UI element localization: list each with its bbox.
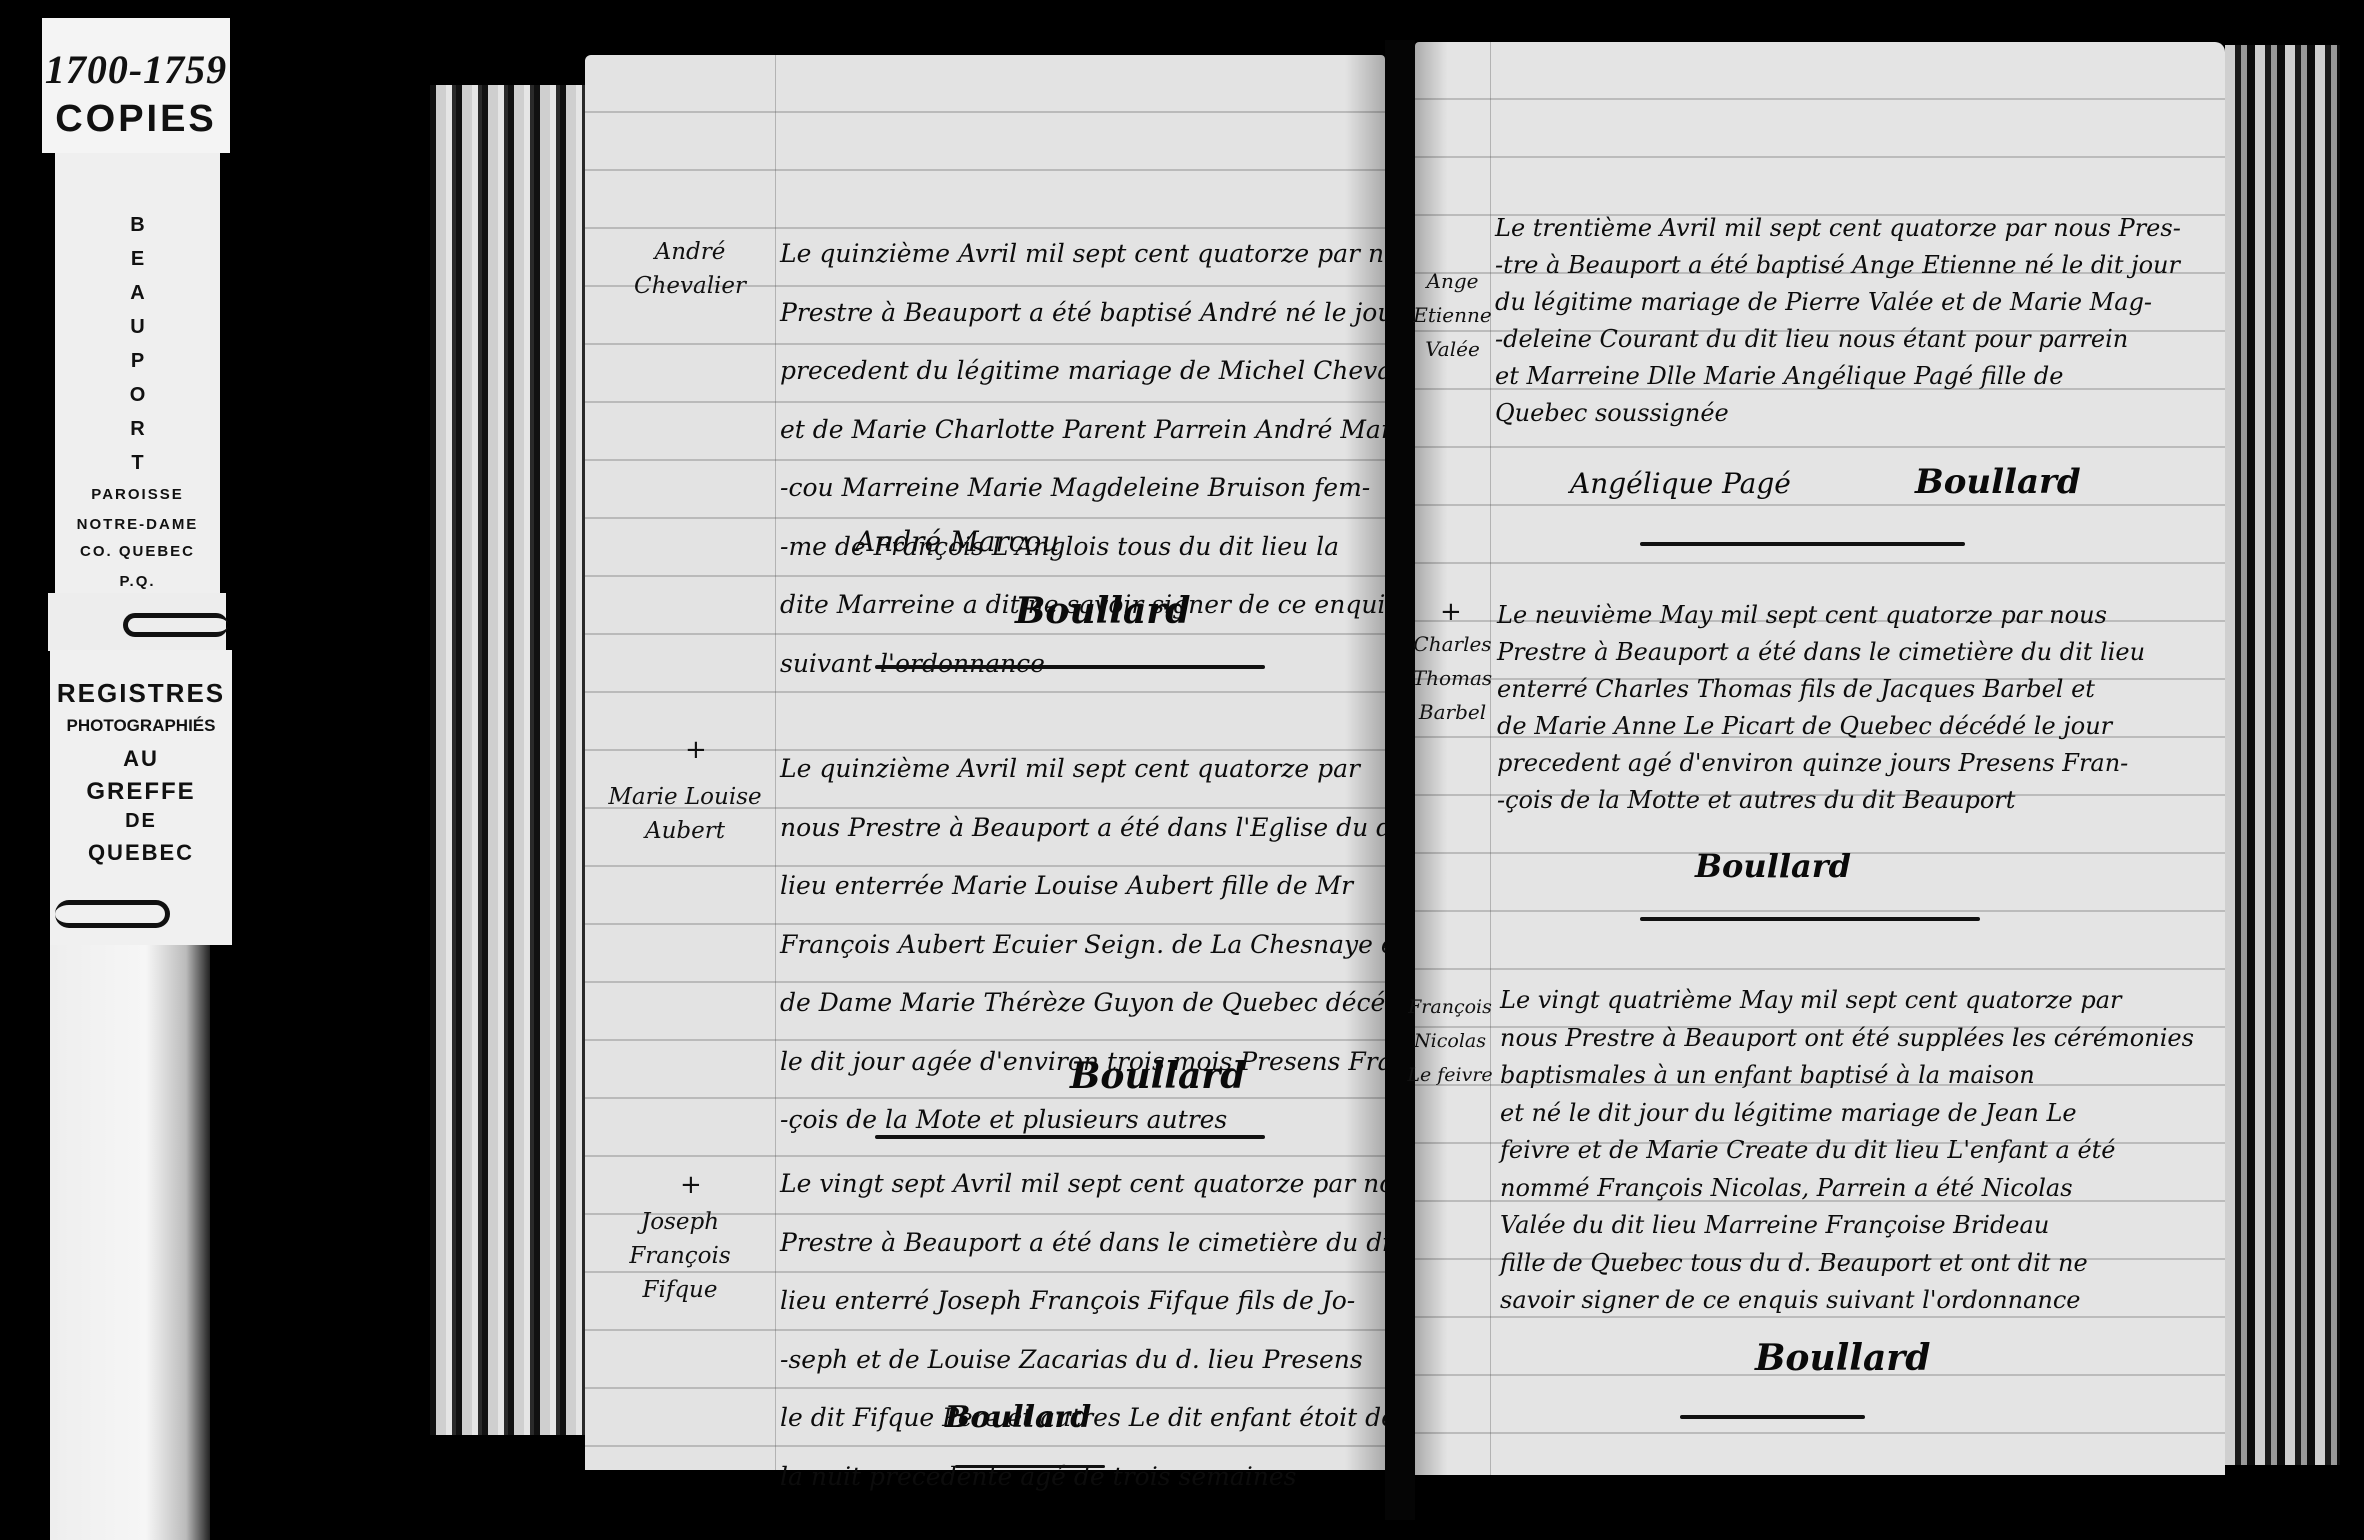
text-line: Quebec soussignée [1495, 395, 2181, 432]
place-letter: E [55, 242, 220, 276]
margin-name-line: André [625, 235, 755, 269]
witness-signature: Angélique Pagé [1570, 467, 1791, 500]
de-label: DE [50, 810, 232, 833]
margin-rule [775, 55, 776, 1470]
text-line: François Aubert Ecuier Seign. de La Ches… [780, 916, 1431, 975]
text-line: Valée du dit lieu Marreine Françoise Bri… [1500, 1207, 2194, 1245]
margin-name-line: Chevalier [625, 269, 755, 303]
entry-4-text: Le trentième Avril mil sept cent quatorz… [1495, 210, 2181, 432]
place-letter: R [55, 412, 220, 446]
entry-divider [875, 665, 1265, 669]
margin-name-line: Barbel [1410, 695, 1495, 729]
entry-6-text: Le vingt quatrième May mil sept cent qua… [1500, 982, 2194, 1320]
burial-cross-icon: + [680, 1170, 702, 1200]
text-line: le dit Fifque Père et autres Le dit enfa… [780, 1389, 1455, 1448]
margin-name-entry-1: André Chevalier [625, 235, 755, 303]
text-line: Le trentième Avril mil sept cent quatorz… [1495, 210, 2181, 247]
label-strip-location: B E A U P O R T PAROISSE NOTRE-DAME CO. … [55, 153, 220, 593]
place-letter: B [55, 208, 220, 242]
margin-name-line: Aubert [595, 814, 775, 848]
entry-divider [1680, 1415, 1865, 1419]
greffe-label: GREFFE [50, 778, 232, 806]
text-line: la nuit precedente agé de trois semaines [780, 1448, 1455, 1507]
margin-name-line: Thomas [1410, 661, 1495, 695]
margin-name-line: Nicolas [1405, 1024, 1495, 1058]
text-line: nous Prestre à Beauport ont été supplées… [1500, 1020, 2194, 1058]
text-line: Prestre à Beauport a été dans le cimetiè… [1497, 634, 2145, 671]
quebec-label: QUEBEC [50, 840, 232, 866]
text-line: lieu enterré Joseph François Fifque fils… [780, 1272, 1455, 1331]
priest-signature: Boullard [1755, 1337, 1930, 1379]
left-page: André Chevalier Le quinzième Avril mil s… [585, 55, 1385, 1470]
text-line: -tre à Beauport a été baptisé Ange Etien… [1495, 247, 2181, 284]
text-line: -çois de la Motte et autres du dit Beaup… [1497, 782, 2145, 819]
margin-name-line: Charles [1410, 627, 1495, 661]
text-line: nommé François Nicolas, Parrein a été Ni… [1500, 1170, 2194, 1208]
photographies-label: PHOTOGRAPHIÉS [50, 716, 232, 736]
text-line: precedent du légitime mariage de Michel … [780, 342, 1435, 401]
year-range: 1700-1759 [42, 46, 230, 93]
margin-name-line: Fifque [605, 1273, 755, 1307]
place-letter: P [55, 344, 220, 378]
left-page-stack-edges [430, 85, 588, 1435]
place-letter: U [55, 310, 220, 344]
priest-signature: Boullard [1915, 462, 2081, 502]
text-line: Prestre à Beauport a été dans le cimetiè… [780, 1214, 1455, 1273]
label-strip-clip-band [48, 593, 226, 651]
margin-name-entry-3: Joseph François Fifque [605, 1205, 755, 1307]
label-strip-header: 1700-1759 COPIES [42, 18, 230, 153]
text-line: et Marreine Dlle Marie Angélique Pagé fi… [1495, 358, 2181, 395]
priest-signature: Boullard [1695, 847, 1851, 885]
registres-label: REGISTRES [50, 678, 232, 709]
burial-cross-icon: + [1440, 597, 1462, 627]
priest-signature: Boullard [945, 1400, 1091, 1435]
text-line: de Marie Anne Le Picart de Quebec décédé… [1497, 708, 2145, 745]
margin-name-line: Le feivre [1405, 1058, 1495, 1092]
text-line: feivre et de Marie Create du dit lieu L'… [1500, 1132, 2194, 1170]
text-line: Prestre à Beauport a été baptisé André n… [780, 284, 1435, 343]
text-line: nous Prestre à Beauport a été dans l'Egl… [780, 799, 1431, 858]
paperclip-icon [123, 613, 228, 637]
church-label: NOTRE-DAME [55, 516, 220, 533]
entry-divider [875, 1135, 1265, 1139]
text-line: Le vingt sept Avril mil sept cent quator… [780, 1155, 1455, 1214]
text-line: et né le dit jour du légitime mariage de… [1500, 1095, 2194, 1133]
margin-name-entry-5: Charles Thomas Barbel [1410, 627, 1495, 729]
margin-name-line: Marie Louise [595, 780, 775, 814]
label-strip-tail [50, 945, 210, 1540]
text-line: et de Marie Charlotte Parent Parrein And… [780, 401, 1435, 460]
margin-name-line: Etienne [1410, 298, 1495, 332]
county-label: CO. QUEBEC [55, 543, 220, 560]
place-vertical: B E A U P O R T [55, 208, 220, 480]
book-gutter [1385, 40, 1415, 1520]
au-label: AU [50, 746, 232, 772]
entry-3-text: Le vingt sept Avril mil sept cent quator… [780, 1155, 1455, 1506]
place-letter: T [55, 446, 220, 480]
margin-name-line: Valée [1410, 332, 1495, 366]
text-line: -çois de la Mote et plusieurs autres [780, 1091, 1431, 1150]
margin-name-line: Ange [1410, 264, 1495, 298]
text-line: fille de Quebec tous du d. Beauport et o… [1500, 1245, 2194, 1283]
entry-divider [1640, 917, 1980, 921]
text-line: Le quinzième Avril mil sept cent quatorz… [780, 225, 1435, 284]
text-line: du légitime mariage de Pierre Valée et d… [1495, 284, 2181, 321]
entry-5-text: Le neuvième May mil sept cent quatorze p… [1497, 597, 2145, 819]
entry-flourish [955, 1465, 1105, 1468]
text-line: lieu enterrée Marie Louise Aubert fille … [780, 857, 1431, 916]
label-strip-archive: REGISTRES PHOTOGRAPHIÉS AU GREFFE DE QUE… [50, 650, 232, 945]
margin-name-line: François [1405, 990, 1495, 1024]
burial-cross-icon: + [685, 735, 707, 765]
margin-name-entry-6: François Nicolas Le feivre [1405, 990, 1495, 1092]
right-page-stack-edges [2225, 45, 2340, 1465]
text-line: -seph et de Louise Zacarias du d. lieu P… [780, 1331, 1455, 1390]
entry-divider [1640, 542, 1965, 546]
text-line: suivant l'ordonnance [780, 635, 1435, 694]
margin-rule [1490, 42, 1491, 1475]
text-line: -cou Marreine Marie Magdeleine Bruison f… [780, 459, 1435, 518]
text-line: -deleine Courant du dit lieu nous étant … [1495, 321, 2181, 358]
text-line: Le quinzième Avril mil sept cent quatorz… [780, 740, 1431, 799]
margin-name-entry-2: Marie Louise Aubert [595, 780, 775, 848]
text-line: Le neuvième May mil sept cent quatorze p… [1497, 597, 2145, 634]
place-letter: A [55, 276, 220, 310]
right-page: Ange Etienne Valée Le trentième Avril mi… [1415, 42, 2225, 1475]
parish-label: PAROISSE [55, 486, 220, 503]
copies-label: COPIES [42, 98, 230, 141]
margin-name-line: François [605, 1239, 755, 1273]
margin-name-line: Joseph [605, 1205, 755, 1239]
text-line: savoir signer de ce enquis suivant l'ord… [1500, 1282, 2194, 1320]
province-label: P.Q. [55, 573, 220, 590]
text-line: precedent agé d'environ quinze jours Pre… [1497, 745, 2145, 782]
text-line: Le vingt quatrième May mil sept cent qua… [1500, 982, 2194, 1020]
margin-name-entry-4: Ange Etienne Valée [1410, 264, 1495, 366]
place-letter: O [55, 378, 220, 412]
priest-signature: Boullard [1070, 1055, 1245, 1097]
text-line: de Dame Marie Thérèze Guyon de Quebec dé… [780, 974, 1431, 1033]
text-line: baptismales à un enfant baptisé à la mai… [1500, 1057, 2194, 1095]
paperclip-icon [55, 900, 170, 928]
witness-signature: André Marcou [855, 525, 1059, 558]
priest-signature: Boullard [1015, 590, 1190, 632]
text-line: enterré Charles Thomas fils de Jacques B… [1497, 671, 2145, 708]
